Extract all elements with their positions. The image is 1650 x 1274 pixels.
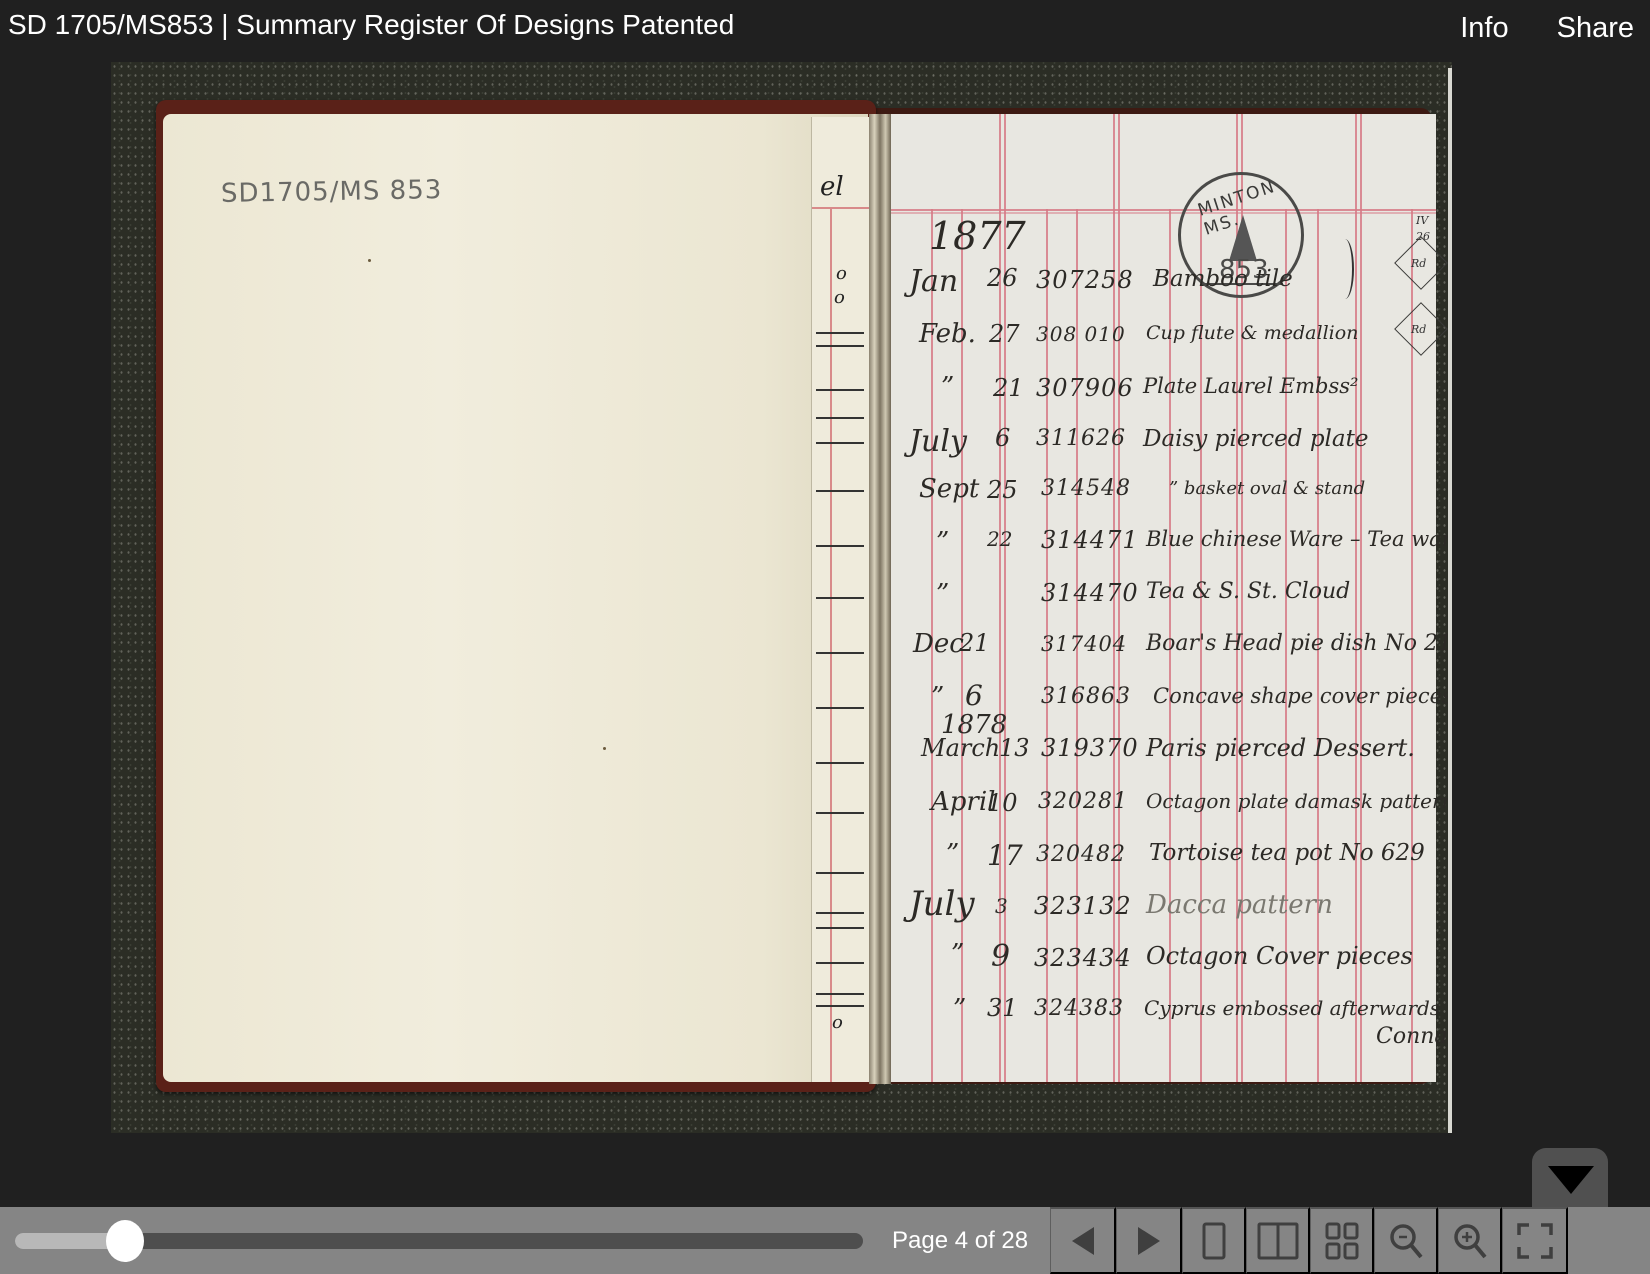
entry-description: ” basket oval & stand xyxy=(1169,478,1365,499)
stub-rule xyxy=(816,417,864,419)
entry-description: Tea & S. St. Cloud xyxy=(1146,579,1350,604)
entry-description-continuation: Connaught xyxy=(1376,1024,1452,1049)
header-bar: SD 1705/MS853 | Summary Register Of Desi… xyxy=(0,0,1650,60)
ledger-rule xyxy=(830,207,832,1082)
triangle-left-icon xyxy=(1070,1225,1096,1257)
stub-rule xyxy=(816,652,864,654)
triangle-down-icon xyxy=(1548,1166,1594,1194)
zoom-in-button[interactable] xyxy=(1438,1207,1502,1274)
stub-rule xyxy=(816,1005,864,1007)
entry-day: 25 xyxy=(987,476,1018,504)
entry-day: 9 xyxy=(991,939,1010,974)
share-button[interactable]: Share xyxy=(1529,10,1650,46)
document-title: SD 1705/MS853 | Summary Register Of Desi… xyxy=(8,8,734,42)
entry-month: ” xyxy=(931,682,944,712)
toolbar-collapse-toggle[interactable] xyxy=(1532,1148,1608,1210)
entry-description: Dacca pattern xyxy=(1146,890,1333,920)
entry-month: ” xyxy=(953,994,966,1024)
registry-mark-label: Rd xyxy=(1411,323,1426,336)
stub-rule xyxy=(816,812,864,814)
entry-description: Concave shape cover pieces xyxy=(1153,684,1452,708)
entry-description: Bamboo tile xyxy=(1153,266,1293,292)
entry-registration-number: 311626 xyxy=(1036,426,1126,451)
stub-rule xyxy=(816,927,864,929)
entry-day: 21 xyxy=(993,374,1024,402)
registry-mark-label: 26 xyxy=(1416,230,1430,243)
entry-registration-number: 319370 xyxy=(1041,734,1139,762)
entry-description: Tortoise tea pot No 629 xyxy=(1149,840,1425,866)
stub-rule xyxy=(816,762,864,764)
stub-rule xyxy=(816,332,864,334)
entry-registration-number: 307258 xyxy=(1036,266,1134,294)
page-slider-handle[interactable] xyxy=(106,1220,144,1262)
entry-month: ” xyxy=(946,839,959,869)
page-slider[interactable] xyxy=(15,1233,863,1249)
stub-glyph: o xyxy=(832,1012,843,1033)
entry-description: Plate Laurel Embss² xyxy=(1143,374,1358,398)
entry-registration-number: 314470 xyxy=(1041,579,1139,607)
pencil-shelfmark: SD1705/MS 853 xyxy=(221,175,443,209)
stub-text: el xyxy=(820,172,844,202)
entry-description: Cyprus embossed afterwards renamed xyxy=(1144,996,1452,1020)
entry-day: 26 xyxy=(987,264,1018,292)
stub-rule xyxy=(816,545,864,547)
right-page-ledger: MINTON MS. 853 Rd IV 26 Rd 1877 Jan 26 3… xyxy=(891,114,1436,1082)
thumbnail-view-button[interactable] xyxy=(1310,1207,1374,1274)
registry-mark-label: Rd xyxy=(1411,257,1426,270)
entry-day: 31 xyxy=(987,994,1018,1022)
entry-registration-number: 314471 xyxy=(1041,526,1139,554)
stub-rule xyxy=(816,707,864,709)
stub-rule xyxy=(816,962,864,964)
info-button[interactable]: Info xyxy=(1432,10,1528,46)
entry-month: April xyxy=(931,787,995,817)
stub-rule xyxy=(816,490,864,492)
header-actions: Info Share xyxy=(1432,10,1650,46)
bottom-toolbar: Page 4 of 28 xyxy=(0,1207,1650,1274)
entry-description: Boar's Head pie dish No 2141 xyxy=(1146,631,1452,656)
entry-month: ” xyxy=(936,579,949,609)
entry-registration-number: 323434 xyxy=(1034,944,1132,972)
entry-description: Octagon Cover pieces xyxy=(1146,942,1413,970)
stub-glyph: o xyxy=(836,263,847,284)
entry-month: March xyxy=(921,734,1000,762)
entry-description: Cup flute & medallion xyxy=(1146,322,1358,344)
ledger-rule xyxy=(999,114,1001,1082)
stub-rule xyxy=(816,993,864,995)
entry-month: July xyxy=(909,424,967,459)
entry-registration-number: 320482 xyxy=(1036,842,1126,867)
entry-registration-number: 316863 xyxy=(1041,684,1131,709)
entry-description: Daisy pierced plate xyxy=(1143,426,1368,452)
stub-rule xyxy=(816,389,864,391)
fullscreen-button[interactable] xyxy=(1502,1207,1568,1274)
entry-registration-number: 314548 xyxy=(1041,476,1131,501)
stub-glyph: o xyxy=(834,287,845,308)
ledger-rule xyxy=(1004,114,1006,1082)
stub-rule xyxy=(816,872,864,874)
entry-registration-number: 320281 xyxy=(1038,789,1128,814)
entry-day: 6 xyxy=(995,424,1010,452)
book-spine-gutter xyxy=(869,114,891,1084)
entry-registration-number: 323132 xyxy=(1034,892,1132,920)
zoom-in-icon xyxy=(1453,1223,1487,1259)
ledger-rule xyxy=(812,207,870,209)
next-page-button[interactable] xyxy=(1116,1207,1182,1274)
two-page-icon xyxy=(1257,1222,1299,1260)
single-page-icon xyxy=(1202,1222,1226,1260)
entry-month: ” xyxy=(951,939,964,969)
triangle-right-icon xyxy=(1136,1225,1162,1257)
page-image[interactable]: SD1705/MS 853 el o o xyxy=(111,62,1452,1133)
entry-registration-number: 308 010 xyxy=(1036,322,1126,346)
stub-rule xyxy=(816,912,864,914)
stub-rule xyxy=(816,345,864,347)
entry-month: ” xyxy=(941,372,954,402)
entry-day: 6 xyxy=(965,679,983,712)
stub-rule xyxy=(816,597,864,599)
stub-rule xyxy=(816,442,864,444)
previous-page-button[interactable] xyxy=(1050,1207,1116,1274)
entry-registration-number: 307906 xyxy=(1036,374,1134,402)
single-page-view-button[interactable] xyxy=(1182,1207,1246,1274)
left-page: SD1705/MS 853 xyxy=(163,114,868,1082)
grid-icon xyxy=(1325,1222,1359,1260)
ledger-rule xyxy=(1360,114,1362,1082)
book-viewer: SD 1705/MS853 | Summary Register Of Desi… xyxy=(0,0,1650,1274)
page-slider-progress xyxy=(15,1233,115,1249)
entry-month: July xyxy=(909,884,975,924)
image-edge xyxy=(1448,68,1452,1133)
entry-description: Blue chinese Ware – Tea ware xyxy=(1146,527,1452,551)
two-page-view-button[interactable] xyxy=(1246,1207,1310,1274)
entry-day: 22 xyxy=(987,527,1012,551)
entry-month: Jan xyxy=(909,264,958,299)
paper-speck xyxy=(603,747,606,750)
entry-month: ” xyxy=(936,527,949,557)
paper-speck xyxy=(368,259,371,262)
zoom-out-button[interactable] xyxy=(1374,1207,1438,1274)
entry-description: Octagon plate damask pattern xyxy=(1146,789,1452,813)
entry-day: 13 xyxy=(999,734,1030,762)
zoom-out-icon xyxy=(1389,1223,1423,1259)
entry-day: 3 xyxy=(995,894,1008,918)
entry-day: 10 xyxy=(987,789,1018,817)
ledger-rule xyxy=(1355,114,1357,1082)
entry-day: 27 xyxy=(989,320,1020,348)
fullscreen-icon xyxy=(1517,1223,1553,1259)
ledger-rule xyxy=(891,209,1436,211)
entry-registration-number: 317404 xyxy=(1041,632,1127,656)
torn-page-stub: el o o o xyxy=(811,117,869,1082)
entry-month: Dec xyxy=(913,629,964,659)
entry-registration-number: 324383 xyxy=(1034,996,1124,1021)
entry-description: Paris pierced Dessert. xyxy=(1146,734,1415,762)
entry-day: 21 xyxy=(959,629,990,657)
entry-year: 1877 xyxy=(929,214,1026,258)
page-indicator: Page 4 of 28 xyxy=(892,1226,1028,1256)
entry-month: Sept xyxy=(919,474,979,504)
pencil-bracket xyxy=(1336,239,1354,299)
registry-mark-label: IV xyxy=(1416,214,1428,227)
entry-day: 17 xyxy=(987,839,1023,872)
entry-month: Feb. xyxy=(919,319,976,349)
